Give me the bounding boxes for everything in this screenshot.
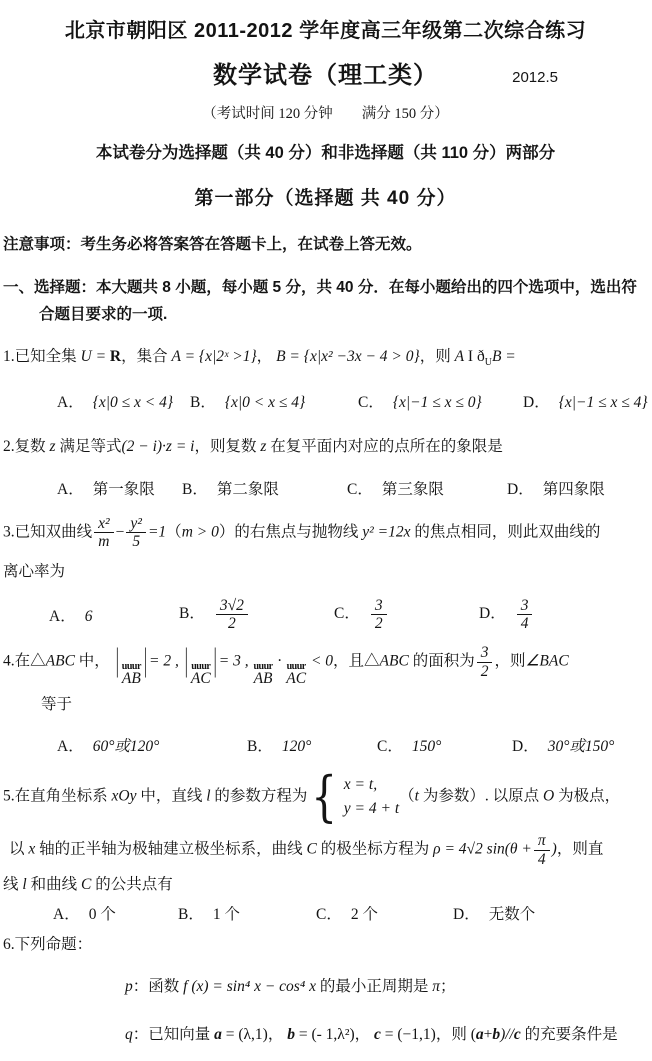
fraction-denominator: 4	[534, 851, 550, 868]
question-5-options: A．0 个 B．1 个 C．2 个 D．无数个	[53, 902, 648, 924]
text-run: 的公共点有	[91, 876, 172, 893]
option-label: B．	[178, 906, 204, 923]
option-text: 第二象限	[217, 481, 279, 498]
question-6-proposition-p: p：函数 f (x) = sin⁴ x − cos⁴ x 的最小正周期是 π；	[125, 972, 648, 1002]
option-a: A．0 个	[53, 902, 178, 924]
text-run: 4.在△	[3, 653, 46, 670]
question-2-options: A．第一象限 B．第二象限 C．第三象限 D．第四象限	[57, 477, 648, 499]
option-label: C．	[377, 738, 403, 755]
fraction-denominator: 2	[371, 615, 387, 632]
option-label: B．	[182, 481, 208, 498]
text-run: （	[166, 523, 182, 540]
part-title: 第一部分（选择题 共 40 分）	[3, 183, 648, 210]
vector-base: AC	[286, 671, 306, 687]
vector-ac: uuurAC	[286, 663, 306, 687]
option-text: 第四象限	[543, 481, 605, 498]
option-label: C．	[347, 481, 373, 498]
question-4-stem: 4.在△ABC 中， |uuurAB|= 2 , |uuurAC|= 3 , u…	[3, 644, 648, 686]
text-run: ：已知向量	[133, 1026, 214, 1043]
fraction-numerator: 3	[477, 644, 493, 662]
text-run: 1.已知全集	[3, 348, 77, 365]
question-5-line3: 线 l 和曲线 C 的公共点有	[3, 870, 648, 900]
math-run: =1	[148, 523, 166, 540]
equation-2: y = 4 + t	[344, 797, 399, 821]
option-text: {x|−1 ≤ x ≤ 4}	[559, 394, 648, 411]
vector-b: b	[287, 1026, 295, 1043]
option-a: A．6	[49, 604, 179, 626]
text-run: ，则直	[557, 841, 604, 858]
option-text: 2 个	[351, 906, 378, 923]
text-run: 3.已知双曲线	[3, 523, 92, 540]
text-run: 的焦点相同，则此双曲线的	[410, 523, 600, 540]
text-run: 线	[3, 876, 22, 893]
instruction-line2: 合题目要求的一项.	[39, 301, 648, 328]
option-a: A．第一象限	[57, 477, 182, 499]
text-run: 中，直线	[136, 788, 206, 805]
abs-bar: |	[214, 630, 217, 693]
exam-paper-page: 北京市朝阳区 2011-2012 学年度高三年级第二次综合练习 数学试卷（理工类…	[0, 0, 652, 1050]
math-run: π	[432, 978, 440, 995]
option-label: D．	[512, 738, 539, 755]
option-label: A．	[57, 738, 84, 755]
option-label: C．	[334, 605, 360, 622]
text-run: 6.下列命题：	[3, 936, 92, 953]
complement-subscript: U	[485, 357, 492, 368]
text-run: 等于	[41, 696, 72, 713]
option-c: C．2 个	[316, 902, 453, 924]
text-run: 满足等式	[56, 438, 122, 455]
option-label: A．	[57, 481, 84, 498]
option-d: D．无数个	[453, 902, 648, 924]
text-run: 为极点，	[554, 788, 620, 805]
math-run: B = {x|x² −3x − 4 > 0}	[276, 348, 420, 365]
option-text: 120°	[282, 738, 311, 755]
text-run: 2.复数	[3, 438, 50, 455]
text-run: 为参数）. 以原点	[419, 788, 543, 805]
fraction-denominator: 5	[128, 533, 144, 550]
option-label: D．	[453, 906, 480, 923]
text-run: ，则	[494, 653, 525, 670]
option-a: A．60°或120°	[57, 734, 247, 756]
paper-date: 2012.5	[512, 69, 558, 86]
fraction-denominator: 2	[224, 615, 240, 632]
math-run: O	[543, 788, 554, 805]
fraction-denominator: 4	[517, 615, 533, 632]
math-run: = 2 ,	[149, 653, 179, 670]
paper-title-row: 数学试卷（理工类） 2012.5	[3, 55, 648, 90]
text-run: 的最小正周期是	[316, 978, 432, 995]
option-d: D．34	[479, 597, 648, 633]
option-text: 第三象限	[382, 481, 444, 498]
text-run: （	[399, 788, 415, 805]
question-4-options: A．60°或120° B．120° C．150° D．30°或150°	[57, 734, 648, 756]
vector-base: AC	[191, 671, 211, 687]
question-5-stem: 5.在直角坐标系 xOy 中，直线 l 的参数方程为{x = t,y = 4 +…	[3, 772, 648, 822]
complement-symbol: ð	[477, 348, 485, 365]
math-run: = (- 1,λ²)，	[295, 1026, 374, 1043]
fraction-numerator: x²	[94, 515, 114, 533]
text-run: 中，	[75, 653, 110, 670]
question-3-continuation: 离心率为	[3, 557, 648, 587]
math-run: (2 − i)·z = i	[121, 438, 194, 455]
exam-info: （考试时间 120 分钟 满分 150 分）	[3, 102, 648, 123]
question-6-stem: 6.下列命题：	[3, 930, 648, 960]
math-run: = (λ,1)，	[222, 1026, 287, 1043]
question-3-stem: 3.已知双曲线x²m−y²5=1（m > 0）的右焦点与抛物线 y² =12x …	[3, 515, 648, 551]
math-run: C	[307, 841, 317, 858]
text-run: 的极坐标方程为	[317, 841, 433, 858]
fraction-denominator: m	[94, 533, 113, 550]
fraction: x²m	[94, 515, 114, 551]
fraction-numerator: y²	[126, 515, 146, 533]
text-run: ，且△	[333, 653, 380, 670]
text-run: ，	[257, 348, 276, 365]
vector-a: a	[476, 1026, 484, 1043]
paper-subtitle: 数学试卷（理工类）	[213, 62, 438, 89]
option-label: D．	[523, 394, 550, 411]
option-b: B．3√22	[179, 597, 334, 633]
option-label: B．	[247, 738, 273, 755]
vector-c: c	[374, 1026, 381, 1043]
text-run: 5.在直角坐标系	[3, 788, 112, 805]
vector-base: AB	[254, 671, 273, 687]
question-1-stem: 1.已知全集 U = R，集合 A = {x|2ˣ >1}， B = {x|x²…	[3, 342, 648, 378]
math-run: B =	[492, 348, 516, 365]
option-c: C．第三象限	[347, 477, 507, 499]
text-run: ：函数	[133, 978, 183, 995]
fraction: 32	[477, 644, 493, 680]
option-b: B．120°	[247, 734, 377, 756]
vector-c: c	[514, 1026, 521, 1043]
text-run: ，则复数	[194, 438, 260, 455]
math-run: p	[125, 978, 133, 995]
math-run: {x|2ˣ >1}	[199, 348, 257, 365]
option-d: D．第四象限	[507, 477, 648, 499]
math-run: R	[110, 348, 121, 365]
vector-base: AB	[122, 671, 141, 687]
option-label: D．	[507, 481, 534, 498]
question-3-options: A．6 B．3√22 C．32 D．34	[49, 597, 648, 633]
text-run: ；	[440, 978, 456, 995]
fraction: 34	[517, 597, 533, 633]
option-text: {x|0 ≤ x < 4}	[93, 394, 173, 411]
option-text: {x|0 < x ≤ 4}	[225, 394, 305, 411]
option-text: 1 个	[213, 906, 240, 923]
text-run: ，则	[420, 348, 455, 365]
math-run: f (x) = sin⁴ x − cos⁴ x	[183, 978, 316, 995]
option-label: B．	[190, 394, 216, 411]
option-a: A．{x|0 ≤ x < 4}	[57, 390, 190, 412]
left-brace: {	[312, 772, 338, 822]
fraction: 32	[371, 597, 387, 633]
text-run: 在复平面内对应的点所在的象限是	[266, 438, 502, 455]
math-run: U =	[77, 348, 110, 365]
text-run: 的参数方程为	[211, 788, 308, 805]
option-d: D．{x|−1 ≤ x ≤ 4}	[523, 390, 648, 412]
section-instruction: 一、选择题：本大题共 8 小题，每小题 5 分，共 40 分．在每小题给出的四个…	[3, 274, 648, 328]
math-run: A	[455, 348, 464, 365]
math-run: ABC	[46, 653, 75, 670]
option-label: C．	[316, 906, 342, 923]
page-title: 北京市朝阳区 2011-2012 学年度高三年级第二次综合练习	[3, 14, 648, 43]
abs-bar: |	[185, 630, 188, 693]
option-text: 60°或120°	[93, 738, 160, 755]
vector-ab: uuurAB	[122, 663, 141, 687]
math-run: < 0	[307, 653, 333, 670]
question-1-options: A．{x|0 ≤ x < 4} B．{x|0 < x ≤ 4} C．{x|−1 …	[57, 390, 648, 412]
option-label: B．	[179, 605, 205, 622]
option-label: A．	[53, 906, 80, 923]
option-b: B．{x|0 < x ≤ 4}	[190, 390, 358, 412]
text-run: 轴的正半轴为极轴建立极坐标系，曲线	[35, 841, 306, 858]
math-run: = 3 ,	[219, 653, 249, 670]
text-run: 的充要条件是	[521, 1026, 618, 1043]
option-text: 30°或150°	[548, 738, 615, 755]
option-text: 0 个	[89, 906, 116, 923]
option-text: 6	[85, 608, 93, 625]
math-run: q	[125, 1026, 133, 1043]
vector-ac: uuurAC	[191, 663, 211, 687]
text-run: ）的右焦点与抛物线	[219, 523, 362, 540]
equations: x = t,y = 4 + t	[342, 773, 399, 821]
abs-bar: |	[116, 630, 119, 693]
intersection-symbol: I	[464, 348, 477, 365]
option-b: B．第二象限	[182, 477, 347, 499]
option-d: D．30°或150°	[512, 734, 648, 756]
option-c: C．150°	[377, 734, 512, 756]
dot-operator: ·	[274, 653, 286, 670]
question-4-continuation: 等于	[41, 690, 648, 720]
fraction: 3√22	[216, 597, 248, 633]
option-label: A．	[57, 394, 84, 411]
math-run: ∠BAC	[525, 653, 568, 670]
text-run: ，集合	[121, 348, 171, 365]
parametric-system: {x = t,y = 4 + t	[307, 772, 399, 822]
fraction-numerator: 3√2	[216, 597, 248, 615]
fraction-numerator: π	[534, 832, 550, 850]
option-label: C．	[358, 394, 384, 411]
option-label: D．	[479, 605, 506, 622]
instruction-line1: 一、选择题：本大题共 8 小题，每小题 5 分，共 40 分．在每小题给出的四个…	[3, 274, 648, 301]
structure-note: 本试卷分为选择题（共 40 分）和非选择题（共 110 分）两部分	[3, 139, 648, 163]
vector-b: b	[492, 1026, 500, 1043]
option-c: C．{x|−1 ≤ x ≤ 0}	[358, 390, 523, 412]
parallel-symbol: )//	[500, 1026, 514, 1043]
fraction: π4	[534, 832, 550, 868]
text-run: 离心率为	[3, 563, 65, 580]
math-run: y² =12x	[362, 523, 410, 540]
option-text: {x|−1 ≤ x ≤ 0}	[393, 394, 482, 411]
fraction: y²5	[126, 515, 146, 551]
minus-sign: −	[116, 523, 125, 540]
fraction-numerator: 3	[517, 597, 533, 615]
question-2-stem: 2.复数 z 满足等式(2 − i)·z = i，则复数 z 在复平面内对应的点…	[3, 432, 648, 462]
question-5-line2: 以 x 轴的正半轴为极轴建立极坐标系，曲线 C 的极坐标方程为 ρ = 4√2 …	[9, 832, 648, 868]
option-label: A．	[49, 608, 76, 625]
vector-ab: uuurAB	[254, 663, 273, 687]
math-run: A =	[172, 348, 199, 365]
math-run: ρ = 4√2 sin(θ +	[433, 841, 532, 858]
text-run: 以	[9, 841, 28, 858]
equation-1: x = t,	[344, 773, 399, 797]
option-c: C．32	[334, 597, 479, 633]
math-run: C	[81, 876, 91, 893]
question-6-proposition-q: q：已知向量 a = (λ,1)， b = (- 1,λ²)， c = (−1,…	[125, 1020, 648, 1050]
abs-bar: |	[144, 630, 147, 693]
text-run: 的面积为	[409, 653, 475, 670]
fraction-denominator: 2	[477, 663, 493, 680]
math-run: xOy	[112, 788, 137, 805]
math-run: = (−1,1)，则 (	[381, 1026, 476, 1043]
fraction-numerator: 3	[371, 597, 387, 615]
vector-a: a	[214, 1026, 222, 1043]
option-text: 150°	[412, 738, 441, 755]
text-run: 和曲线	[27, 876, 81, 893]
math-run: m > 0	[182, 523, 219, 540]
option-b: B．1 个	[178, 902, 316, 924]
option-text: 无数个	[489, 906, 536, 923]
option-text: 第一象限	[93, 481, 155, 498]
notice-line: 注意事项：考生务必将答案答在答题卡上，在试卷上答无效。	[3, 232, 648, 254]
math-run: ABC	[380, 653, 409, 670]
